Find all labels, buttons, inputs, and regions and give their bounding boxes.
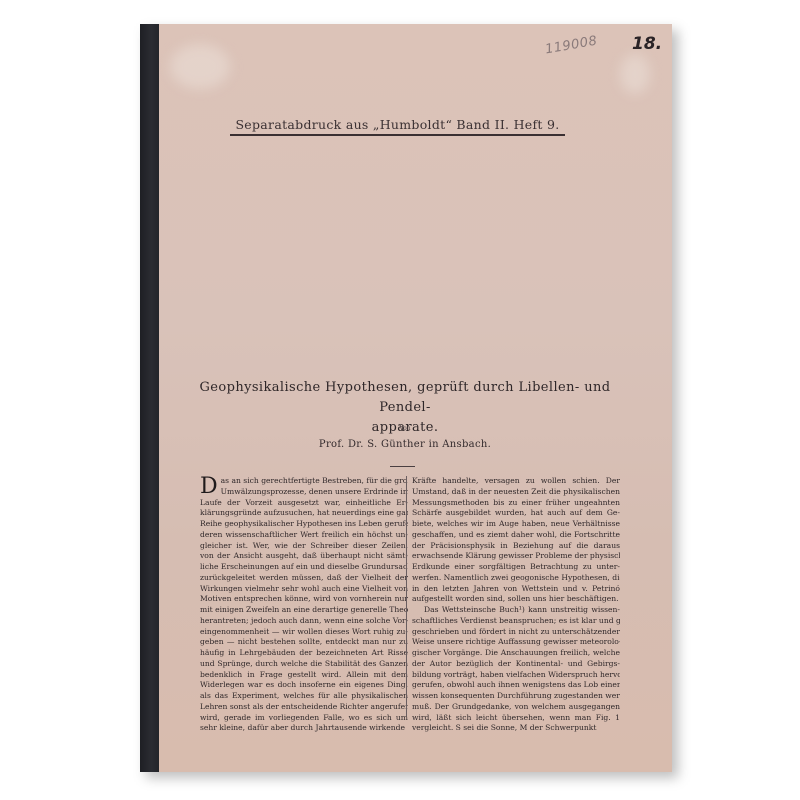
sheet-number: 18. — [632, 34, 662, 54]
author: Prof. Dr. S. Günther in Ansbach. — [190, 439, 620, 450]
text-line: liche Erscheinungen auf ein und dieselbe… — [200, 562, 408, 573]
text-line: Widerlegen war es doch insoferne ein eig… — [200, 680, 408, 691]
column-divider — [406, 476, 407, 716]
title-separator-rule — [390, 466, 415, 467]
text-line: Lehren sonst als der entscheidende Richt… — [200, 702, 408, 713]
text-line: vergleicht. S sei die Sonne, M der Schwe… — [412, 723, 620, 734]
text-line: geschrieben und fördert in nicht zu unte… — [412, 627, 620, 638]
text-line: als das Experiment, welches für alle phy… — [200, 691, 408, 702]
text-line: Schärfe ausgebildet wurden, hat auch auf… — [412, 508, 620, 519]
text-line: eingenommenheit — wir wollen dieses Wort… — [200, 627, 408, 638]
text-line: Motiven entsprechen könne, wird von vorn… — [200, 594, 408, 605]
text-line: Wirkungen vielmehr sehr wohl auch eine V… — [200, 584, 408, 595]
binding-spine — [140, 24, 159, 772]
text-line: der Präcisionsphysik in Beziehung auf di… — [412, 541, 620, 552]
text-line: klärungsgründe aufzusuchen, hat neuerdin… — [200, 508, 408, 519]
text-line: biete, welches wir im Auge haben, neue V… — [412, 519, 620, 530]
text-line: Umwälzungsprozesse, denen unsere Erdrind… — [221, 487, 408, 498]
text-line: Umstand, daß in der neuesten Zeit die ph… — [412, 487, 620, 498]
paper-stain — [620, 54, 650, 94]
text-line: gischer Vorgänge. Die Anschauungen freil… — [412, 648, 620, 659]
text-line: Reihe geophysikalischer Hypothesen ins L… — [200, 519, 408, 530]
text-line: gerufen, obwohl auch ihnen wenigstens da… — [412, 680, 620, 691]
text-line: as an sich gerechtfertigte Bestreben, fü… — [221, 476, 408, 487]
text-line: erwachsende Klärung gewisser Probleme de… — [412, 551, 620, 562]
text-line: wird, läßt sich leicht übersehen, wenn m… — [412, 713, 620, 724]
text-line: Das Wettsteinsche Buch¹) kann unstreitig… — [412, 605, 620, 616]
text-line: wissen konsequenten Durchführung zugesta… — [412, 691, 620, 702]
text-line: der Autor bezüglich der Kontinental- und… — [412, 659, 620, 670]
document-page: 119008 18. Separatabdruck aus „Humboldt“… — [140, 24, 672, 772]
text-line: von der Ansicht ausgeht, daß überhaupt n… — [200, 551, 408, 562]
text-line: aufgestellt worden sind, sollen uns hier… — [412, 594, 620, 605]
text-line: geben — nicht bestehen sollte, entdeckt … — [200, 637, 408, 648]
right-column: Kräfte handelte, versagen zu wollen schi… — [412, 476, 620, 734]
text-line: gleicher ist. Wer, wie der Schreiber die… — [200, 541, 408, 552]
text-line: herantreten; jedoch auch dann, wenn eine… — [200, 616, 408, 627]
text-line: bildung vorträgt, haben vielfachen Wider… — [412, 670, 620, 681]
inventory-number: 119008 — [544, 34, 598, 58]
text-line: zurückgeleitet werden müssen, daß der Vi… — [200, 573, 408, 584]
text-line: deren wissenschaftlicher Wert freilich e… — [200, 530, 408, 541]
text-line: Weise unsere richtige Auffassung gewisse… — [412, 637, 620, 648]
offprint-header: Separatabdruck aus „Humboldt“ Band II. H… — [230, 117, 565, 132]
text-line: Messungsmethoden bis zu einer früher ung… — [412, 498, 620, 509]
text-line: schaftliches Verdienst beanspruchen; es … — [412, 616, 620, 627]
title-line-1: Geophysikalische Hypothesen, geprüft dur… — [190, 378, 620, 418]
text-line: Erdkunde einer sorgfältigen Betrachtung … — [412, 562, 620, 573]
header-rule — [230, 134, 565, 136]
text-line: muß. Der Grundgedanke, von welchem ausge… — [412, 702, 620, 713]
text-line: mit einigen Zweifeln an eine derartige g… — [200, 605, 408, 616]
text-line: werfen. Namentlich zwei geogonische Hypo… — [412, 573, 620, 584]
drop-cap: D — [200, 477, 218, 497]
left-column: D as an sich gerechtfertigte Bestreben, … — [200, 476, 408, 734]
text-line: bedenklich in Frage gestellt wird. Allei… — [200, 670, 408, 681]
text-line: geschaffen, und es ziemt daher wohl, die… — [412, 530, 620, 541]
text-line: wird, gerade im vorliegenden Falle, wo e… — [200, 713, 408, 724]
text-line: Laufe der Vorzeit ausgesetzt war, einhei… — [200, 498, 408, 509]
text-line: häufig in Lehrgebäuden der bezeichneten … — [200, 648, 408, 659]
text-line: in den letzten Jahren von Wettstein und … — [412, 584, 620, 595]
text-line: Kräfte handelte, versagen zu wollen schi… — [412, 476, 620, 487]
text-line: und Sprünge, durch welche die Stabilität… — [200, 659, 408, 670]
text-line: sehr kleine, dafür aber durch Jahrtausen… — [200, 723, 408, 734]
byline-prefix: Von — [190, 425, 620, 432]
paper-stain — [170, 44, 230, 89]
